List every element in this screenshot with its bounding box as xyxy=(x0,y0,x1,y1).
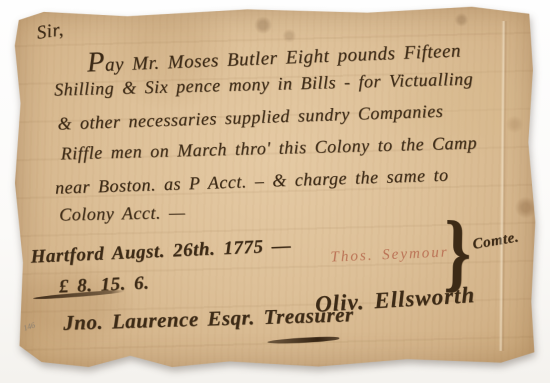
committee-label: Comte. xyxy=(471,229,520,253)
ink-flourish xyxy=(267,336,339,345)
salutation: Sir, xyxy=(35,19,65,45)
addressee-line: Jno. Laurence Esqr. Treasurer xyxy=(63,302,354,336)
signature-red-seymour: Thos. Seymour xyxy=(330,244,449,266)
body-line: Riffle men on March thro' this Colony to… xyxy=(60,133,477,165)
pencil-catalog-number: 146 xyxy=(22,320,36,332)
paper-crease xyxy=(499,21,508,351)
manuscript-wrapper: Sir, Pay Mr. Moses Butler Eight pounds F… xyxy=(12,5,537,372)
dateline: Hartford Augst. 26th. 1775 — xyxy=(30,235,291,268)
body-line: Colony Acct. — xyxy=(59,202,186,225)
body-line: & other necessaries supplied sundry Comp… xyxy=(57,101,443,135)
manuscript-paper: Sir, Pay Mr. Moses Butler Eight pounds F… xyxy=(12,5,537,372)
body-line: near Boston. as P Acct. – & charge the s… xyxy=(55,165,449,199)
amount: £ 8. 15. 6. xyxy=(58,273,149,299)
scan-background: Sir, Pay Mr. Moses Butler Eight pounds F… xyxy=(0,0,550,383)
